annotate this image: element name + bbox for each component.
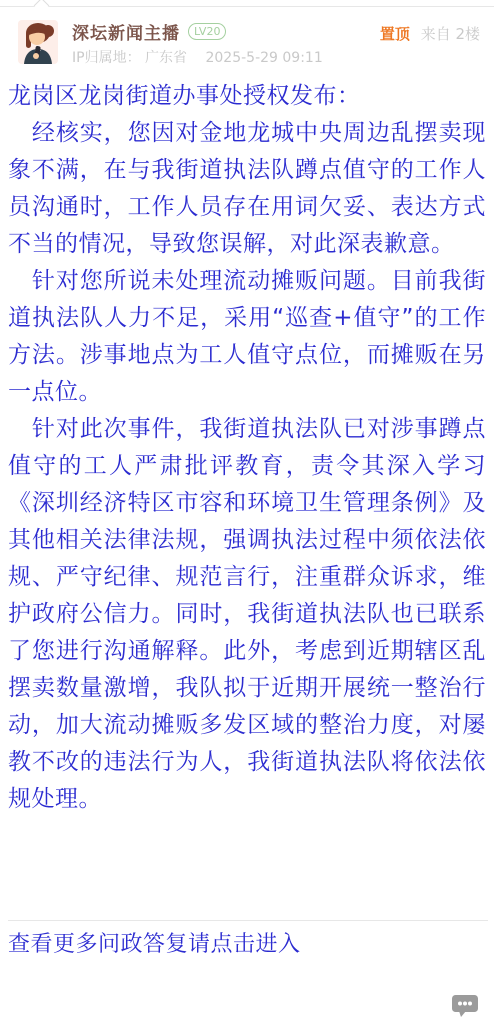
post-header: 深坛新闻主播 LV20 IP归属地： 广东省 2025-5-29 09:11 置… (0, 20, 494, 67)
post-flags: 置顶 来自 2楼 (380, 20, 480, 44)
username[interactable]: 深坛新闻主播 (72, 19, 180, 44)
level-badge: LV20 (188, 23, 226, 40)
name-row: 深坛新闻主播 LV20 (72, 20, 380, 42)
post-paragraph: 针对您所说未处理流动摊贩问题。目前我街道执法队人力不足，采用“巡查+值守”的工作… (8, 263, 486, 411)
post-paragraph: 经核实，您因对金地龙城中央周边乱摆卖现象不满，在与我街道执法队蹲点值守的工作人员… (8, 115, 486, 263)
news-anchor-avatar-icon (18, 20, 58, 64)
post-paragraph: 针对此次事件，我街道执法队已对涉事蹲点值守的工人严肃批评教育，责令其深入学习《深… (8, 411, 486, 818)
avatar[interactable] (18, 20, 58, 64)
ip-location: IP归属地： 广东省 (72, 50, 187, 66)
card-top-border (0, 6, 494, 7)
comment-bubble-icon[interactable] (451, 994, 479, 1018)
author-block: 深坛新闻主播 LV20 IP归属地： 广东省 2025-5-29 09:11 (72, 20, 380, 67)
timestamp: 2025-5-29 09:11 (205, 50, 322, 66)
meta-row: IP归属地： 广东省 2025-5-29 09:11 (72, 47, 380, 67)
more-replies-link[interactable]: 查看更多问政答复请点击进入 (8, 928, 301, 962)
floor-label: 来自 2楼 (421, 25, 480, 43)
bubble-notch-icon (34, 0, 50, 13)
pinned-badge: 置顶 (380, 25, 410, 43)
post-paragraph: 龙岗区龙岗街道办事处授权发布： (8, 78, 486, 115)
post-content: 龙岗区龙岗街道办事处授权发布： 经核实，您因对金地龙城中央周边乱摆卖现象不满，在… (0, 78, 494, 818)
forum-post-page: 深坛新闻主播 LV20 IP归属地： 广东省 2025-5-29 09:11 置… (0, 0, 494, 1024)
footer-divider (8, 920, 488, 921)
